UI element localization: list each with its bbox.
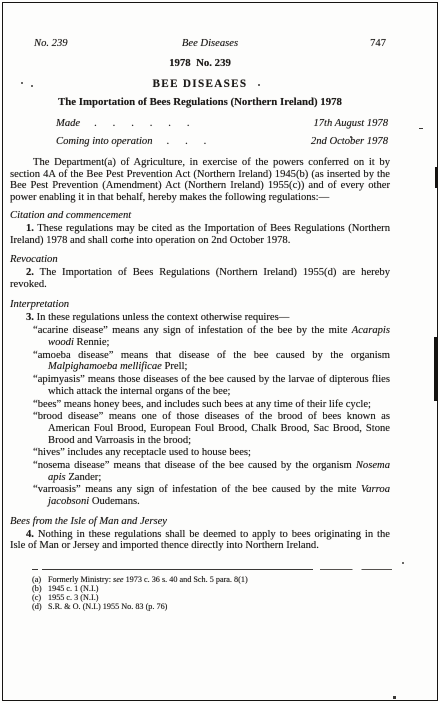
footnotes-block: (a)Formerly Ministry: see 1973 c. 36 s. … — [32, 575, 390, 611]
scan-speck — [393, 696, 396, 699]
scan-speck — [21, 82, 23, 84]
definition-item: “acarine disease” means any sign of infe… — [10, 325, 390, 348]
meta-made-row: Made . . . . . . 17th August 1978 — [56, 118, 388, 130]
text-segment: S.R. & O. (N.I.) 1955 No. 83 (p. 76) — [48, 602, 167, 611]
regulation-2-paragraph: 2. The Importation of Bees Regulations (… — [10, 267, 390, 291]
regulation-4-paragraph: 4. Nothing in these regulations shall be… — [10, 529, 390, 553]
regulation-4-number: 4. — [26, 529, 34, 540]
footnote-mark: (d) — [32, 602, 48, 611]
definition-item: “brood disease” means one of those disea… — [10, 411, 390, 446]
footnote-line: (d)S.R. & O. (N.I.) 1955 No. 83 (p. 76) — [32, 602, 390, 611]
operation-label: Coming into operation — [56, 136, 153, 148]
text-segment: 1973 c. 36 s. 40 and Sch. 5 para. 8(1) — [124, 575, 248, 584]
regulation-3-number: 3. — [26, 312, 34, 323]
definitions-list: “acarine disease” means any sign of infe… — [10, 325, 390, 508]
text-segment: “hives” includes any receptacle used to … — [33, 447, 251, 458]
footnote-line: (b)1945 c. 1 (N.I.) — [32, 584, 390, 593]
made-dot-leader: . . . . . . — [80, 118, 313, 130]
running-header-number: No. 239 — [34, 38, 144, 50]
scan-speck — [419, 128, 423, 129]
footnote-line: (a)Formerly Ministry: see 1973 c. 36 s. … — [32, 575, 390, 584]
regulation-2-text: The Importation of Bees Regulations (Nor… — [10, 267, 390, 290]
made-date: 17th August 1978 — [313, 118, 388, 130]
meta-operation-row: Coming into operation . . . 2nd October … — [56, 136, 388, 148]
regulation-3-text: In these regulations unless the context … — [34, 312, 289, 323]
text-segment: “nosema disease” means that disease of t… — [33, 460, 356, 471]
footnote-line: (c)1955 c. 3 (N.I.) — [32, 593, 390, 602]
regulation-1-paragraph: 1. These regulations may be cited as the… — [10, 223, 390, 247]
regulation-1-text: These regulations may be cited as the Im… — [10, 223, 390, 246]
definition-item: “varroasis” means any sign of infestatio… — [10, 484, 390, 507]
scan-speck — [124, 237, 126, 239]
scan-speck — [31, 85, 33, 87]
text-segment: Zander; — [66, 472, 102, 483]
running-header-title: Bee Diseases — [144, 38, 276, 50]
subject-heading: BEE DISEASES — [10, 79, 390, 91]
section-heading-isle-of-man: Bees from the Isle of Man and Jersey — [10, 516, 390, 528]
preamble-paragraph: The Department(a) of Agriculture, in exe… — [10, 157, 390, 204]
definition-item: “hives” includes any receptacle used to … — [10, 447, 390, 459]
operation-dot-leader: . . . — [153, 136, 311, 148]
regulation-2-number: 2. — [26, 267, 34, 278]
text-segment: Rennie; — [74, 337, 110, 348]
text-segment: Prell; — [162, 361, 188, 372]
definition-item: “nosema disease” means that disease of t… — [10, 460, 390, 483]
section-heading-revocation: Revocation — [10, 254, 390, 266]
text-segment: “brood disease” means one of those disea… — [33, 411, 390, 445]
scan-speck — [258, 84, 260, 86]
footnote-divider-rule — [32, 569, 392, 570]
document-number: 1978 No. 239 — [10, 58, 390, 70]
scan-edge-mark — [434, 337, 438, 401]
page-content: No. 239 Bee Diseases 747 1978 No. 239 BE… — [10, 0, 390, 611]
definition-item: “apimyasis” means those diseases of the … — [10, 374, 390, 397]
text-segment: “apimyasis” means those diseases of the … — [33, 374, 390, 397]
regulation-4-text: Nothing in these regulations shall be de… — [10, 529, 390, 552]
section-heading-citation: Citation and commencement — [10, 210, 390, 222]
section-heading-interpretation: Interpretation — [10, 299, 390, 311]
footnote-mark: (c) — [32, 593, 48, 602]
footnote-mark: (a) — [32, 575, 48, 584]
scan-speck — [402, 562, 404, 564]
text-segment: “varroasis” means any sign of infestatio… — [33, 484, 361, 495]
definition-item: “bees” means honey bees, and includes su… — [10, 399, 390, 411]
text-segment: 1945 c. 1 (N.I.) — [48, 584, 98, 593]
footnote-mark: (b) — [32, 584, 48, 593]
text-segment: Oudemans. — [89, 496, 140, 507]
scan-edge-mark — [435, 167, 438, 188]
made-label: Made — [56, 118, 80, 130]
page-number: 747 — [276, 38, 386, 50]
regulation-title: The Importation of Bees Regulations (Nor… — [10, 97, 390, 109]
running-header: No. 239 Bee Diseases 747 — [34, 38, 386, 50]
text-segment: Formerly Ministry: — [48, 575, 113, 584]
scanned-document-page: No. 239 Bee Diseases 747 1978 No. 239 BE… — [0, 0, 440, 703]
definition-item: “amoeba disease” means that disease of t… — [10, 350, 390, 373]
latin-name: see — [113, 575, 123, 584]
text-segment: “bees” means honey bees, and includes su… — [33, 399, 371, 410]
scan-speck — [350, 136, 352, 138]
regulation-1-number: 1. — [26, 223, 34, 234]
text-segment: “acarine disease” means any sign of infe… — [33, 325, 352, 336]
regulation-3-paragraph: 3. In these regulations unless the conte… — [10, 312, 390, 324]
text-segment: 1955 c. 3 (N.I.) — [48, 593, 98, 602]
text-segment: “amoeba disease” means that disease of t… — [33, 350, 390, 361]
latin-name: Malpighamoeba mellificae — [48, 361, 162, 372]
